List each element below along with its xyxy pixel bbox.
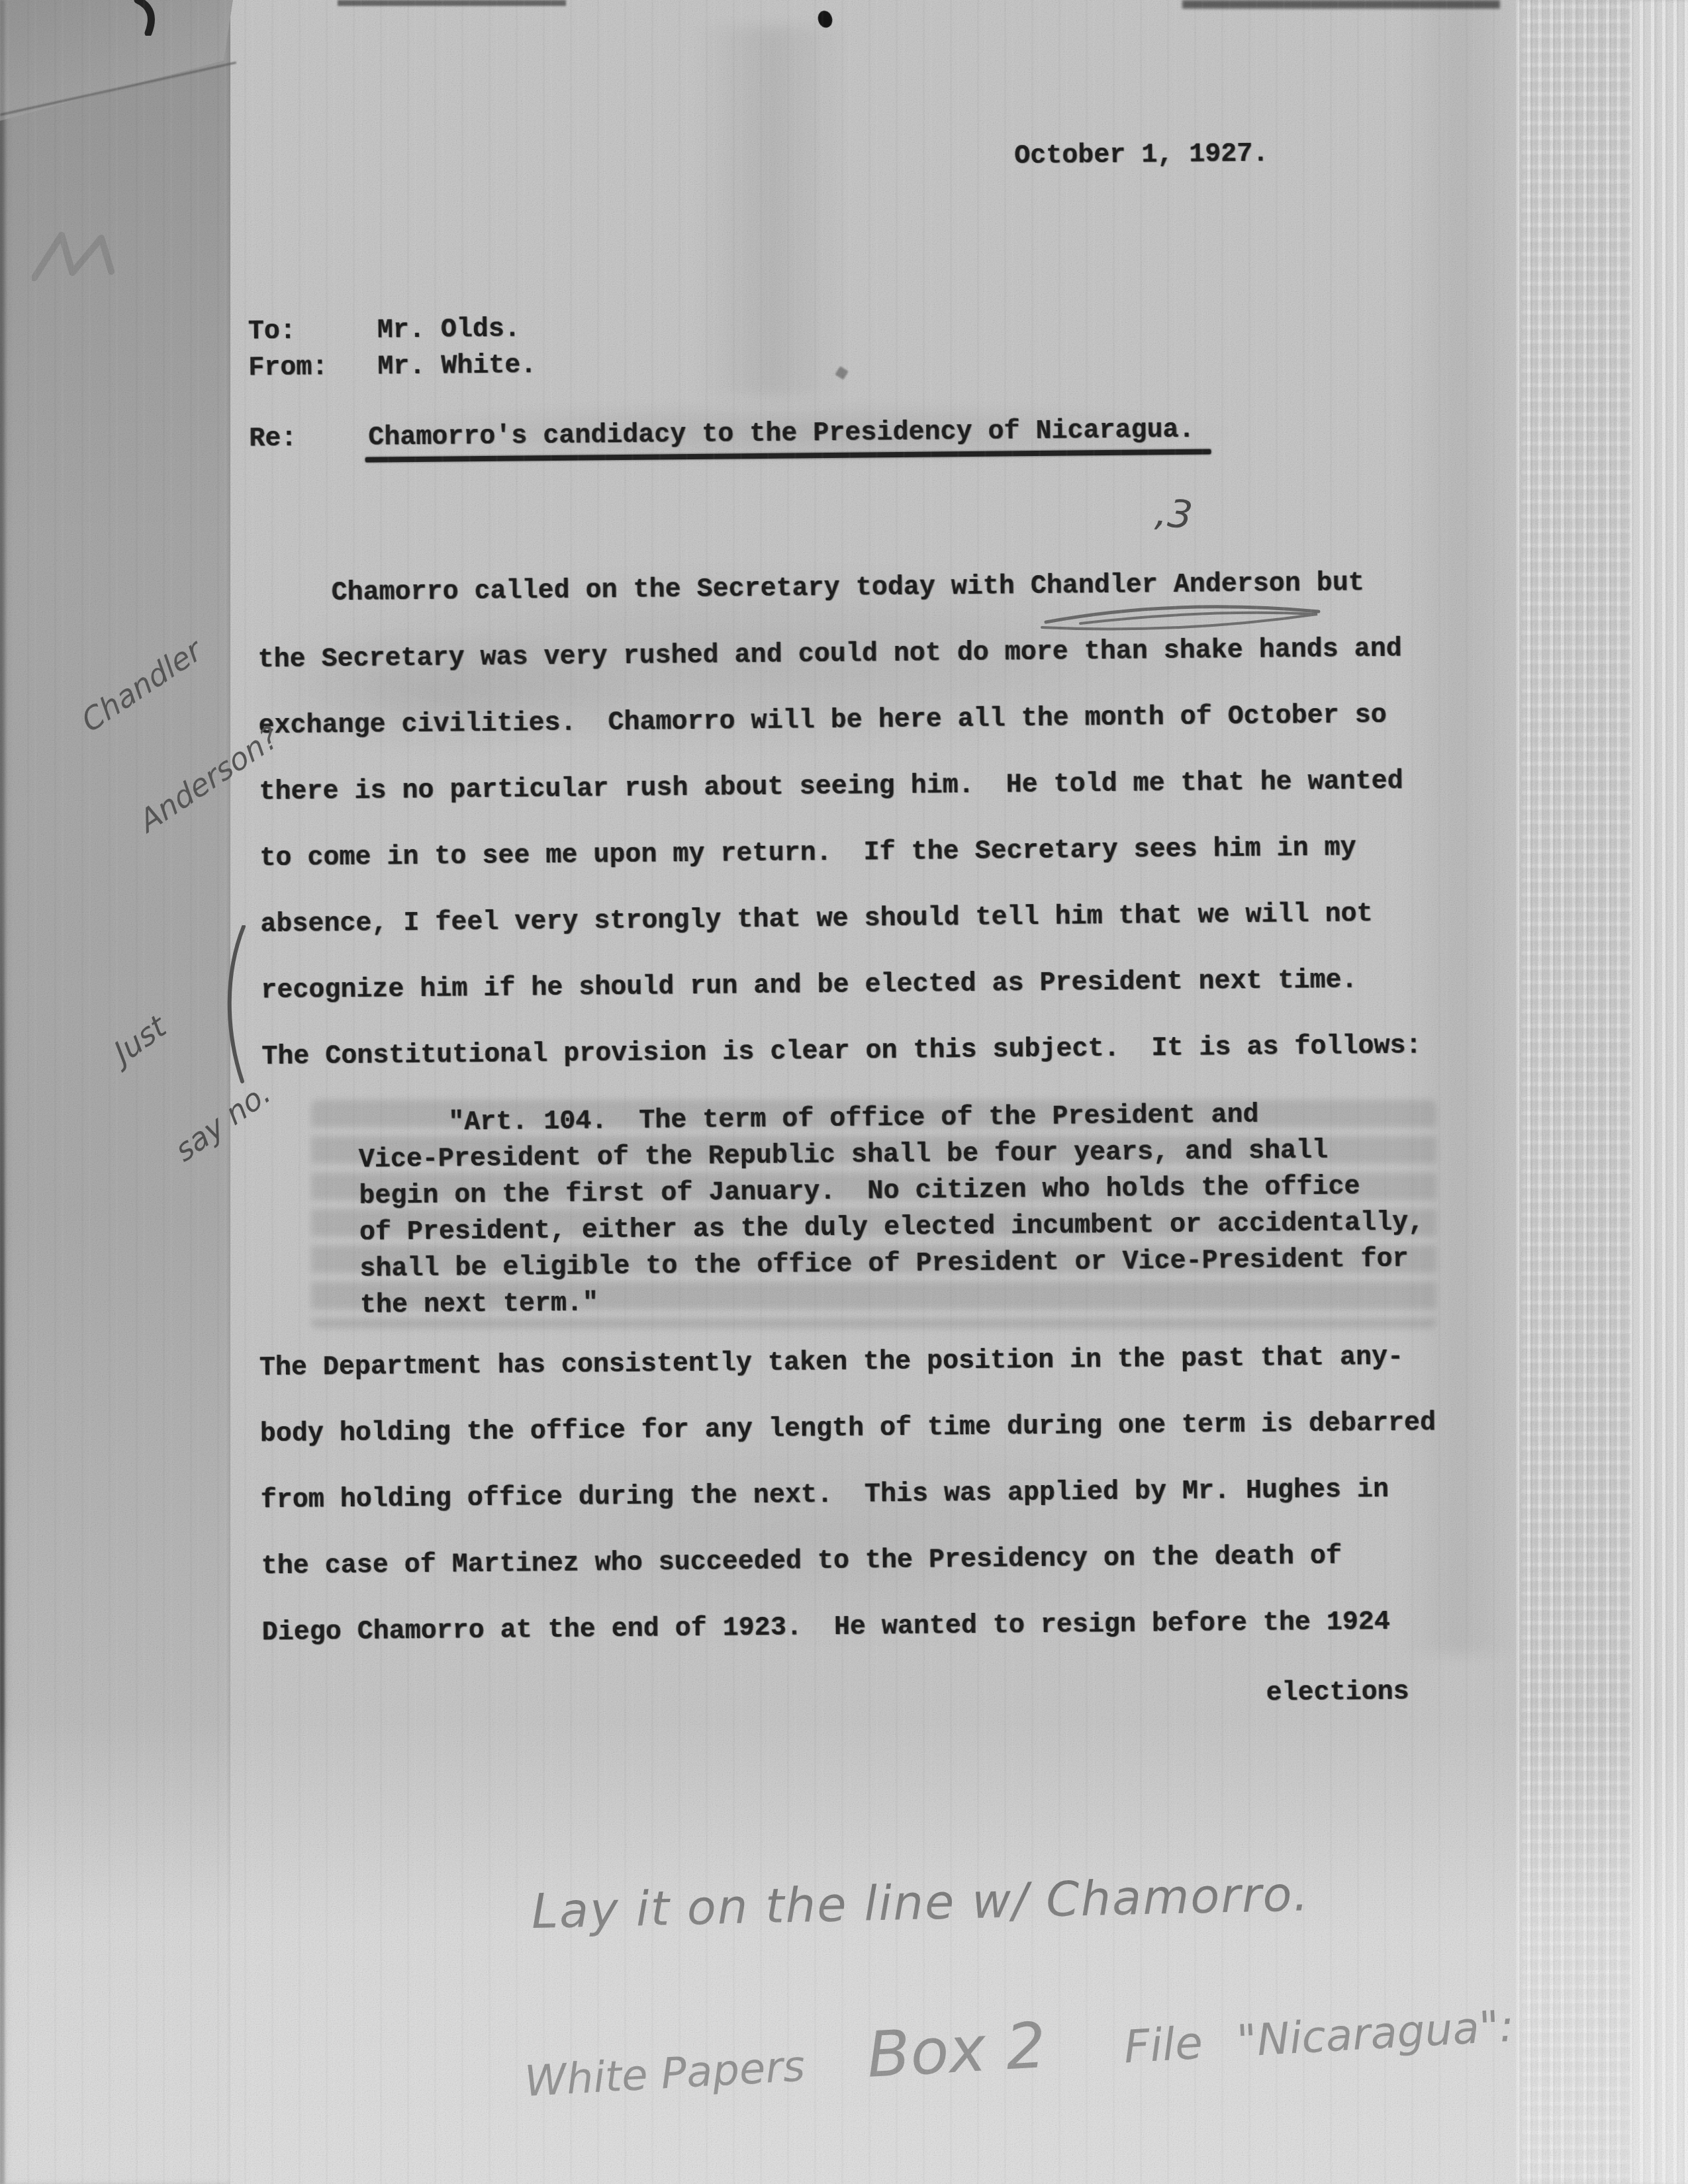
from-label: From: xyxy=(248,353,328,383)
typed-line: absence, I feel very strongly that we sh… xyxy=(260,881,1421,958)
typed-line: to come in to see me upon my return. If … xyxy=(259,815,1420,892)
typed-line: there is no particular rush about seeing… xyxy=(259,749,1419,826)
catchword-elections: elections xyxy=(1266,1678,1409,1709)
to-value: Mr. Olds. xyxy=(377,315,520,345)
typed-line: exchange civilities. Chamorro will be he… xyxy=(258,682,1419,760)
margin-note-line: Just xyxy=(107,975,216,1072)
margin-note-line: say no. xyxy=(168,1073,277,1170)
typed-line: body holding the office for any length o… xyxy=(259,1390,1436,1468)
paragraph-2: The Department has consistently taken th… xyxy=(259,1324,1438,1666)
scanned-memo-page: October 1, 1927. To: Mr. Olds. From: Mr.… xyxy=(0,0,1688,2184)
typed-line: recognize him if he should run and be el… xyxy=(261,947,1421,1024)
margin-note-line: Chandler xyxy=(75,617,227,741)
re-label: Re: xyxy=(249,425,297,455)
constitution-quote-block: "Art. 104. The term of office of the Pre… xyxy=(358,1095,1425,1324)
archive-box: Box 2 xyxy=(865,2009,1048,2092)
from-value: Mr. White. xyxy=(377,351,536,382)
typed-line: the Secretary was very rushed and could … xyxy=(258,616,1418,694)
inline-pencil-mark: ,3 xyxy=(1154,489,1195,537)
typed-line: The Department has consistently taken th… xyxy=(259,1324,1435,1402)
typed-line: The Constitutional provision is clear on… xyxy=(261,1013,1422,1091)
archive-collection: White Papers xyxy=(523,2042,806,2107)
archive-file-name: "Nicaragua": xyxy=(1235,2001,1515,2067)
typed-line: Chamorro called on the Secretary today w… xyxy=(257,550,1417,627)
to-label: To: xyxy=(248,318,296,347)
paragraph-1: Chamorro called on the Secretary today w… xyxy=(257,550,1422,1091)
re-subject: Chamorro's candidacy to the Presidency o… xyxy=(368,416,1195,453)
typed-line: from holding office during the next. Thi… xyxy=(260,1457,1436,1534)
archive-file-label: File xyxy=(1123,2017,1204,2074)
typed-line: Diego Chamorro at the end of 1923. He wa… xyxy=(261,1589,1438,1666)
memo-date: October 1, 1927. xyxy=(1014,140,1268,172)
typed-line: the case of Martinez who succeeded to th… xyxy=(261,1523,1437,1600)
margin-note-line: Anderson? xyxy=(132,717,285,841)
